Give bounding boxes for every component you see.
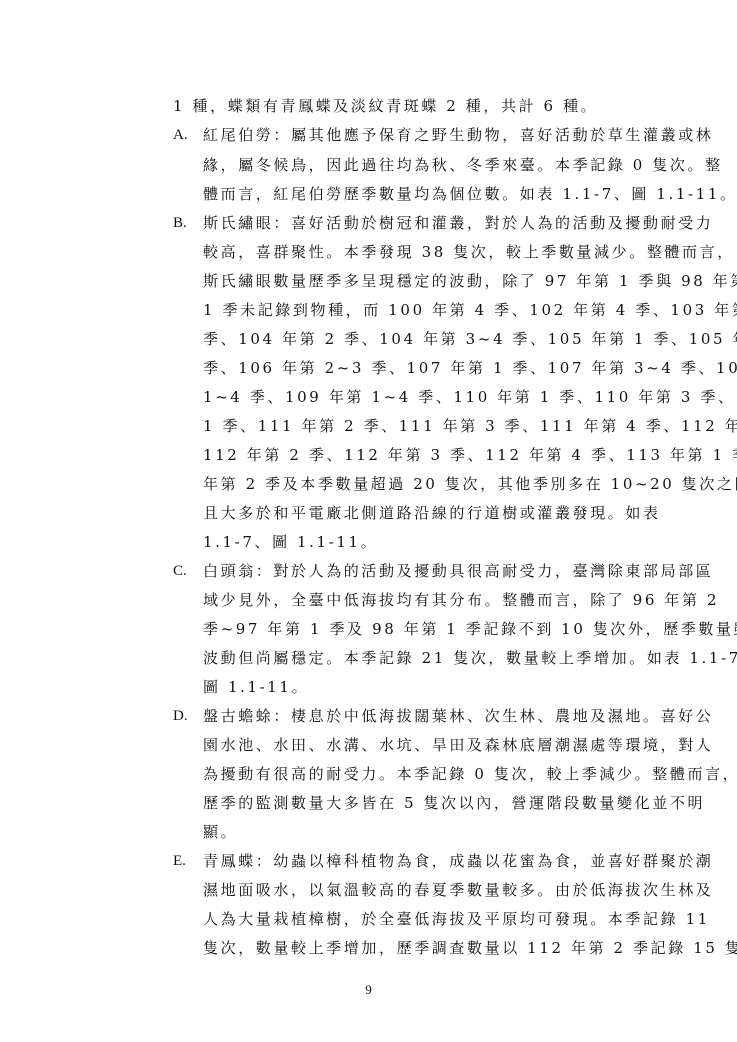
document-page: 1 種，蝶類有青鳳蝶及淡紋青斑蝶 2 種，共計 6 種。 A. 紅尾伯勞：屬其他… (0, 0, 737, 1042)
item-d-line-4: 歷季的監測數量大多皆在 5 隻次以內，營運階段數量變化並不明 (203, 793, 705, 813)
item-b-line-8: 1 季、111 年第 2 季、111 年第 3 季、111 年第 4 季、112… (203, 416, 737, 436)
item-c-line-1: 白頭翁：對於人為的活動及擾動具很高耐受力，臺灣除東部局部區 (203, 561, 713, 581)
item-d-line-2: 園水池、水田、水溝、水坑、旱田及森林底層潮濕處等環境，對人 (203, 735, 713, 755)
item-d-line-3: 為擾動有很高的耐受力。本季記錄 0 隻次，較上季減少。整體而言， (203, 764, 737, 784)
item-e-label: E. (173, 851, 186, 871)
item-a-line-3: 體而言，紅尾伯勞歷季數量均為個位數。如表 1.1-7、圖 1.1-11。 (203, 184, 737, 204)
intro-line: 1 種，蝶類有青鳳蝶及淡紋青斑蝶 2 種，共計 6 種。 (173, 96, 598, 116)
item-c-line-4: 波動但尚屬穩定。本季記錄 21 隻次，數量較上季增加。如表 1.1-7、 (203, 648, 737, 668)
item-e-line-2: 濕地面吸水，以氣溫較高的春夏季數量較多。由於低海拔次生林及 (203, 880, 713, 900)
item-b-line-11: 且大多於和平電廠北側道路沿線的行道樹或灌叢發現。如表 (203, 503, 661, 523)
item-e-line-1: 青鳳蝶：幼蟲以樟科植物為食，成蟲以花蜜為食，並喜好群聚於潮 (203, 851, 713, 871)
item-b-line-5: 季、104 年第 2 季、104 年第 3~4 季、105 年第 1 季、105… (203, 329, 737, 349)
item-b-line-7: 1~4 季、109 年第 1~4 季、110 年第 1 季、110 年第 3 季… (203, 387, 737, 407)
item-e-line-4: 隻次，數量較上季增加，歷季調查數量以 112 年第 2 季記錄 15 隻 (203, 938, 737, 958)
item-b-line-2: 較高，喜群聚性。本季發現 38 隻次，較上季數量減少。整體而言， (203, 242, 735, 262)
item-d-line-1: 盤古蟾蜍：棲息於中低海拔闊葉林、次生林、農地及濕地。喜好公 (203, 706, 713, 726)
item-a-label: A. (173, 125, 188, 145)
item-c-line-3: 季~97 年第 1 季及 98 年第 1 季記錄不到 10 隻次外，歷季數量雖有 (203, 619, 737, 639)
item-b-line-10: 年第 2 季及本季數量超過 20 隻次，其他季別多在 10~20 隻次之間， (203, 474, 737, 494)
item-c-label: C. (173, 561, 187, 581)
item-a-line-1: 紅尾伯勞：屬其他應予保育之野生動物，喜好活動於草生灌叢或林 (203, 125, 713, 145)
item-d-line-5: 顯。 (203, 822, 238, 842)
page-number: 9 (0, 982, 737, 998)
item-b-line-12: 1.1-7、圖 1.1-11。 (203, 532, 378, 552)
item-e-line-3: 人為大量栽植樟樹，於全臺低海拔及平原均可發現。本季記錄 11 (203, 909, 710, 929)
item-b-line-1: 斯氏繡眼：喜好活動於樹冠和灌叢，對於人為的活動及擾動耐受力 (203, 213, 713, 233)
item-b-line-9: 112 年第 2 季、112 年第 3 季、112 年第 4 季、113 年第 … (203, 445, 737, 465)
item-b-line-6: 季、106 年第 2~3 季、107 年第 1 季、107 年第 3~4 季、1… (203, 358, 737, 378)
item-b-line-3: 斯氏繡眼數量歷季多呈現穩定的波動，除了 97 年第 1 季與 98 年第 (203, 271, 737, 291)
item-d-label: D. (173, 706, 188, 726)
item-a-line-2: 緣，屬冬候鳥，因此過往均為秋、冬季來臺。本季記錄 0 隻次。整 (203, 155, 723, 175)
item-c-line-5: 圖 1.1-11。 (203, 677, 309, 697)
item-c-line-2: 域少見外，全臺中低海拔均有其分布。整體而言，除了 96 年第 2 (203, 590, 719, 610)
item-b-label: B. (173, 213, 187, 233)
item-b-line-4: 1 季未記錄到物種，而 100 年第 4 季、102 年第 4 季、103 年第… (203, 300, 737, 320)
